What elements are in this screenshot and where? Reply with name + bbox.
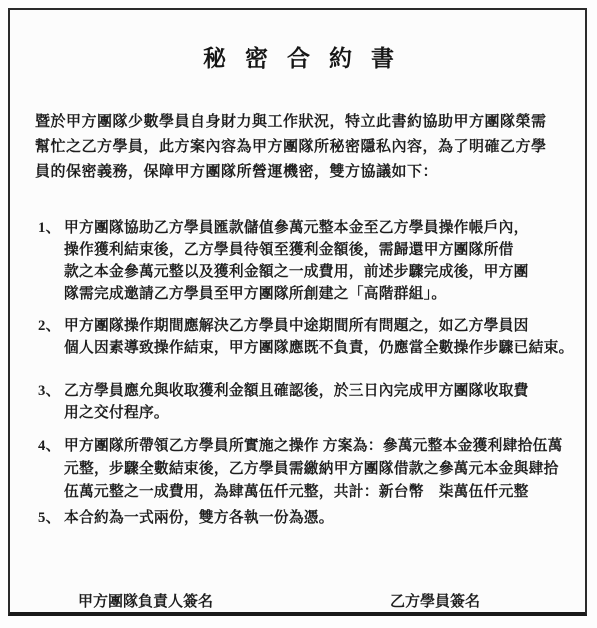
clause-line: 用之交付程序。 <box>64 402 529 424</box>
clause-line: 伍萬元整之一成費用，為肆萬伍仟元整，共計：新台幣 柒萬伍仟元整 <box>64 481 563 504</box>
intro-line: 員的保密義務，保障甲方團隊所營運機密，雙方協議如下： <box>35 160 547 185</box>
clause-number: 2、 <box>38 315 64 337</box>
clause-line: 個人因素導致操作結束，甲方團隊應既不負責，仍應當全數操作步驟已結束。 <box>64 337 574 359</box>
intro-line: 幫忙之乙方學員，此方案內容為甲方團隊所秘密隱私內容，為了明確乙方學 <box>35 135 547 160</box>
clause-line: 款之本金參萬元整以及獲利金額之一成費用，前述步驟完成後，甲方團 <box>64 261 529 283</box>
clause-line: 甲方團隊所帶領乙方學員所實施之操作 方案為：參萬元整本金獲利肆拾伍萬 <box>64 435 563 458</box>
page-title: 秘密合約書 <box>0 40 597 73</box>
intro-paragraph: 暨於甲方團隊少數學員自身財力與工作狀況，特立此書約協助甲方團隊榮需 幫忙之乙方學… <box>35 110 547 185</box>
clause-3: 3、 乙方學員應允與收取獲利金額且確認後，於三日內完成甲方團隊收取費 用之交付程… <box>38 380 529 424</box>
clause-number: 5、 <box>38 507 64 529</box>
clause-line: 甲方團隊操作期間應解決乙方學員中途期間所有問題之，如乙方學員因 <box>64 315 574 337</box>
clause-line: 本合約為一式兩份，雙方各執一份為憑。 <box>64 507 334 529</box>
intro-line: 暨於甲方團隊少數學員自身財力與工作狀況，特立此書約協助甲方團隊榮需 <box>35 110 547 135</box>
clause-line: 乙方學員應允與收取獲利金額且確認後，於三日內完成甲方團隊收取費 <box>64 380 529 402</box>
party-a-signature-label: 甲方團隊負責人簽名 <box>78 590 213 611</box>
clause-number: 3、 <box>38 380 64 402</box>
clause-5: 5、 本合約為一式兩份，雙方各執一份為憑。 <box>38 507 334 529</box>
clause-4: 4、 甲方團隊所帶領乙方學員所實施之操作 方案為：參萬元整本金獲利肆拾伍萬 元整… <box>38 435 563 504</box>
clause-1: 1、 甲方團隊協助乙方學員匯款儲值參萬元整本金至乙方學員操作帳戶內， 操作獲利結… <box>38 217 529 305</box>
clause-line: 隊需完成邀請乙方學員至甲方團隊所創建之「高階群組」。 <box>64 283 529 305</box>
clause-line: 操作獲利結束後，乙方學員待領至獲利金額後，需歸還甲方團隊所借 <box>64 239 529 261</box>
contract-page: 秘密合約書 暨於甲方團隊少數學員自身財力與工作狀況，特立此書約協助甲方團隊榮需 … <box>0 0 597 628</box>
clause-number: 1、 <box>38 217 64 239</box>
clause-line: 元整，步驟全數結束後，乙方學員需繳納甲方團隊借款之參萬元本金與肆拾 <box>64 458 563 481</box>
clause-2: 2、 甲方團隊操作期間應解決乙方學員中途期間所有問題之，如乙方學員因 個人因素導… <box>38 315 574 359</box>
clause-number: 4、 <box>38 435 64 458</box>
clause-line: 甲方團隊協助乙方學員匯款儲值參萬元整本金至乙方學員操作帳戶內， <box>64 217 529 239</box>
party-b-signature-label: 乙方學員簽名 <box>390 590 480 611</box>
